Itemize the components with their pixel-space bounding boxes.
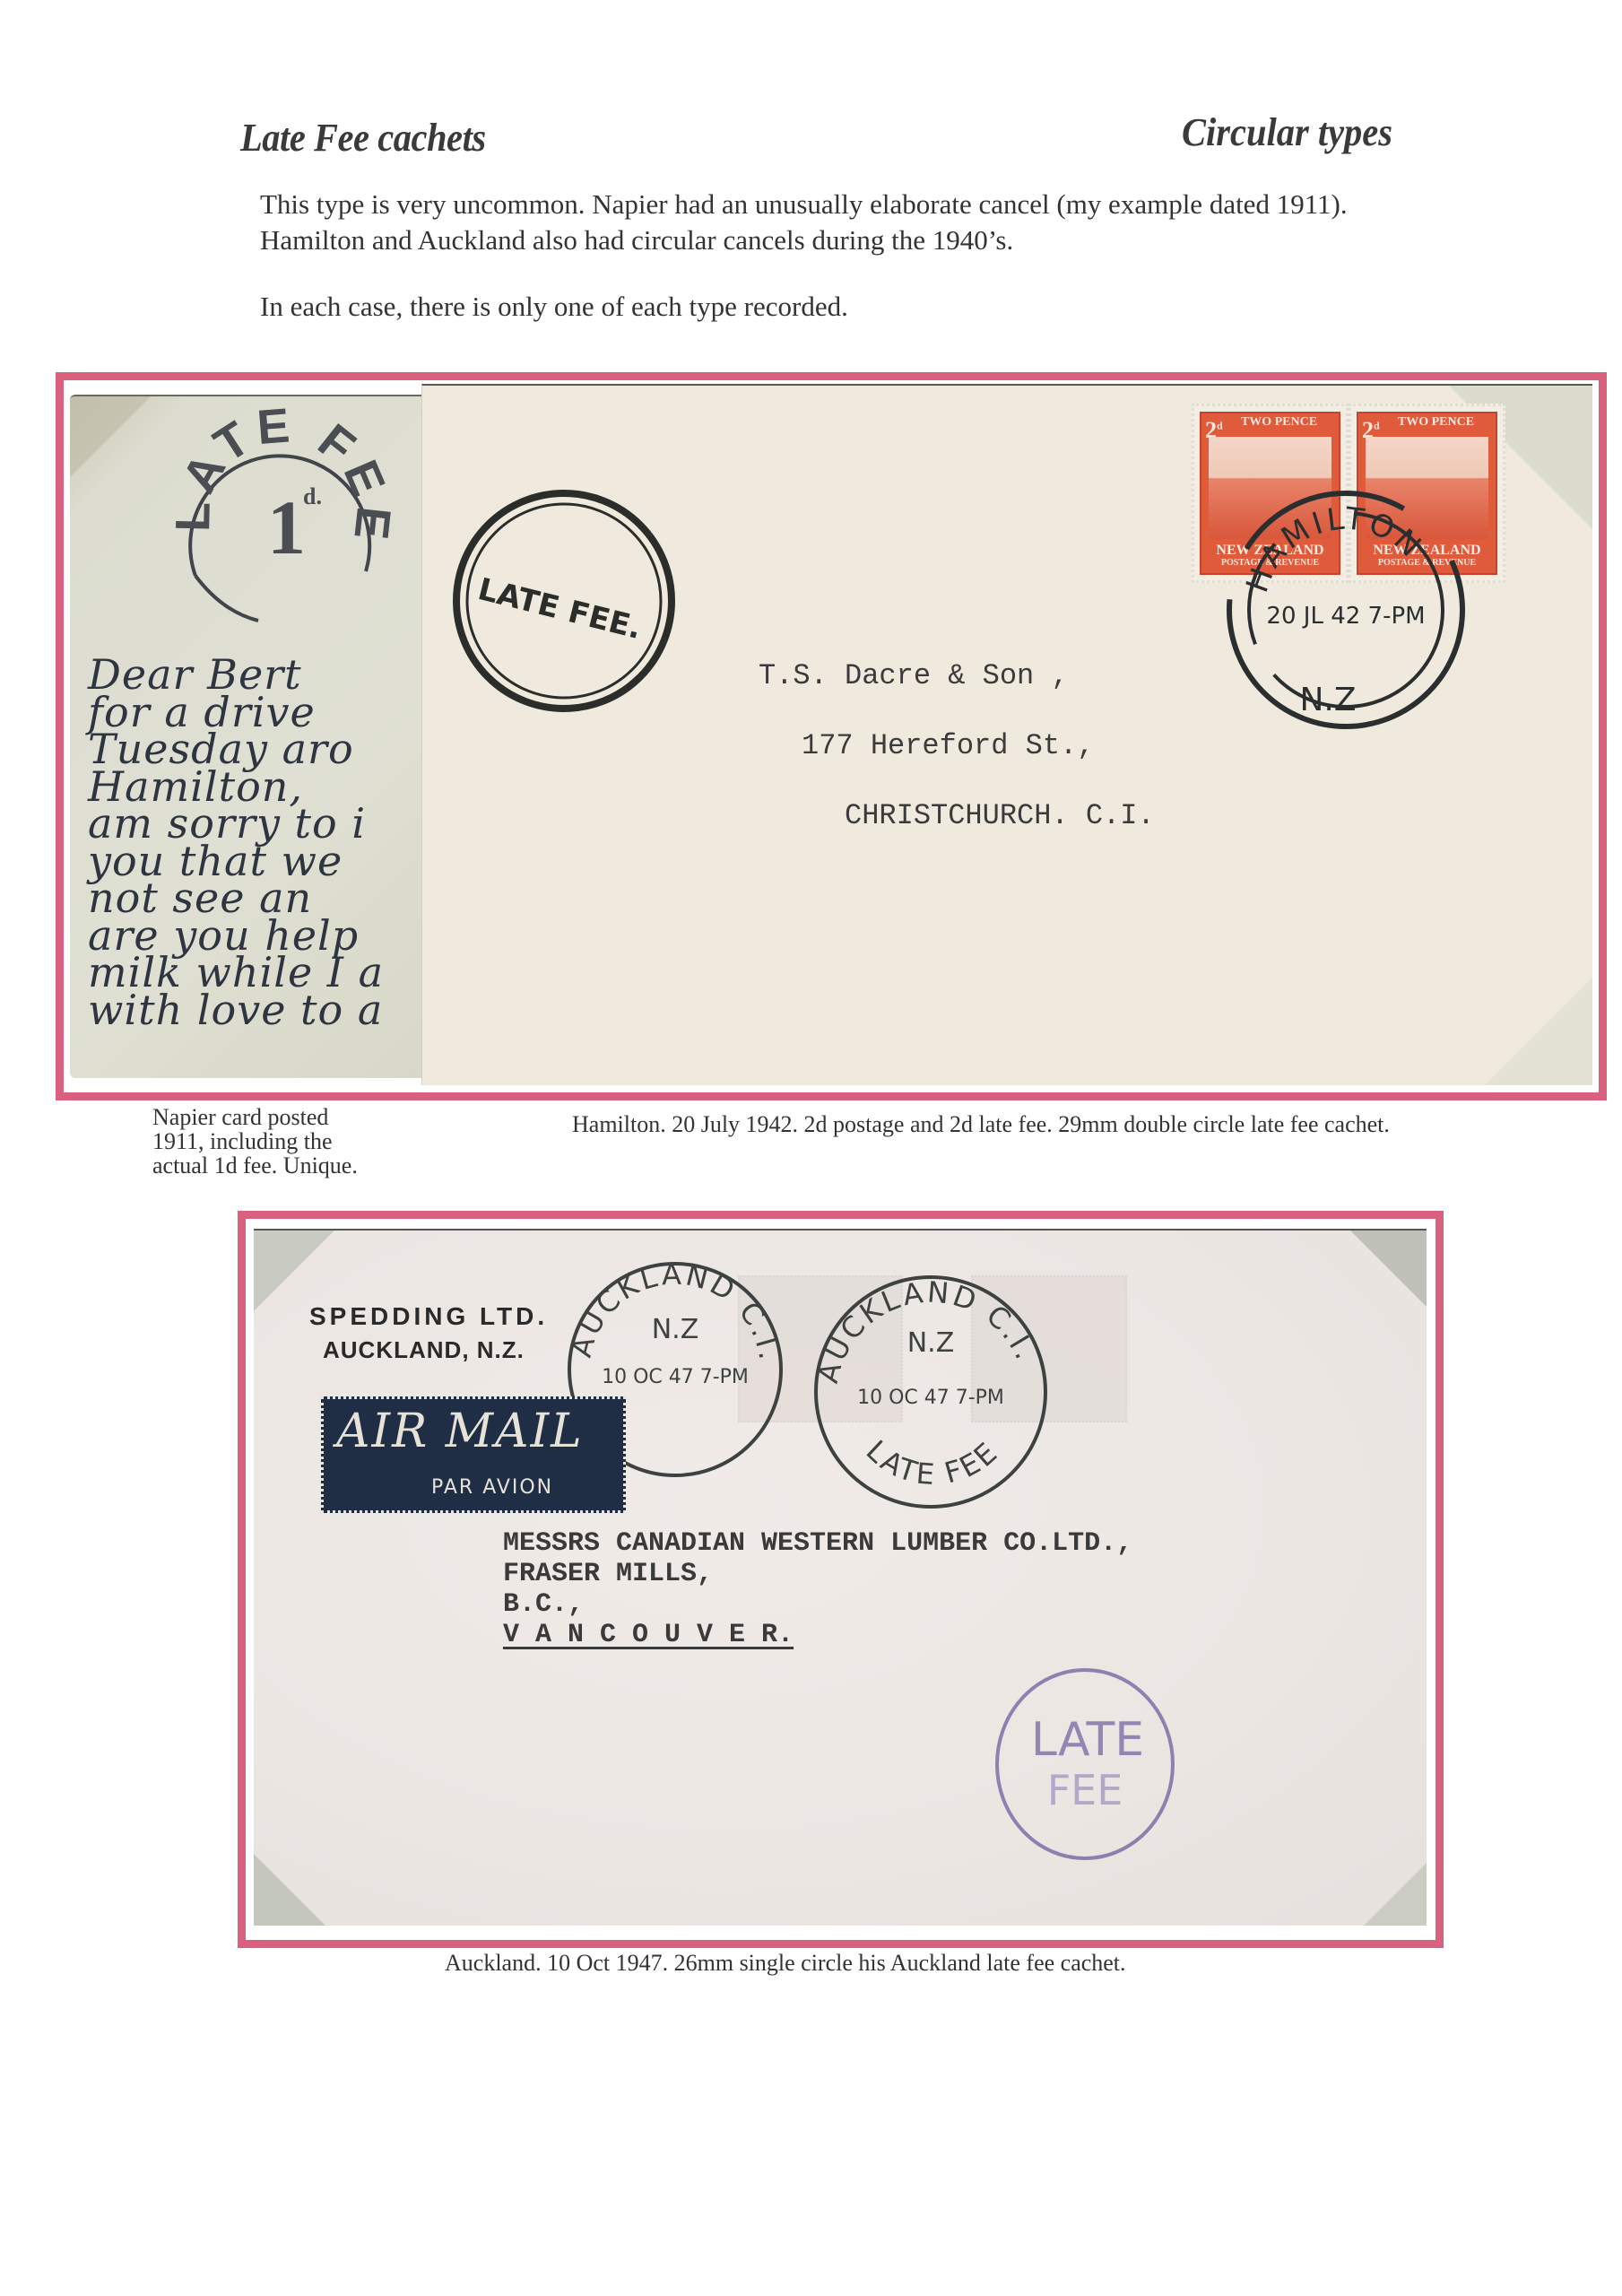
intro-text: This type is very uncommon. Napier had a…: [260, 187, 1453, 355]
section-subtitle: Circular types: [1182, 109, 1392, 155]
address-line: V A N C O U V E R.: [503, 1620, 1132, 1650]
cover-corner-mount: [1485, 978, 1592, 1085]
address-line: MESSRS CANADIAN WESTERN LUMBER CO.LTD.,: [503, 1528, 1132, 1559]
auckland-late-fee-postmark: AUCKLAND C.I. N.Z 10 OC 47 7-PM LATE FEE: [801, 1262, 1061, 1522]
caption-line: 1911, including the: [152, 1129, 421, 1153]
cover-corner-mount: [254, 1854, 325, 1926]
cachet-value: 1: [267, 484, 306, 570]
postmark-country: N.Z: [1299, 682, 1356, 718]
recipient-address: T.S. Dacre & Son , 177 Hereford St., CHR…: [759, 641, 1155, 851]
stamp-denomination: TWO PENCE: [1358, 415, 1496, 430]
page-title: Late Fee cachets: [240, 115, 486, 161]
handstamp-line-2: FEE: [1047, 1766, 1123, 1814]
postmark-middle-text: N.Z: [652, 1314, 699, 1345]
postmark-middle-text: N.Z: [907, 1327, 955, 1359]
cachet-text: LATE FEE.: [474, 571, 645, 647]
address-line: FRASER MILLS,: [503, 1559, 1132, 1589]
sender-name: SPEDDING LTD.: [309, 1302, 548, 1331]
address-line: 177 Hereford St.,: [759, 711, 1155, 781]
intro-paragraph-1: This type is very uncommon. Napier had a…: [260, 187, 1453, 258]
napier-caption: Napier card posted 1911, including the a…: [152, 1105, 421, 1178]
svg-text:HAMILTON: HAMILTON: [1239, 500, 1430, 597]
handstamp-line-1: LATE: [1031, 1713, 1144, 1767]
napier-late-fee-cachet: LATE FEE 1 d.: [160, 405, 429, 639]
postmark-bottom-text: LATE FEE: [860, 1433, 1006, 1492]
stamp-denomination: TWO PENCE: [1201, 415, 1339, 430]
hamilton-cover: LATE FEE. T.S. Dacre & Son , 177 Herefor…: [421, 384, 1592, 1085]
airmail-etiquette: AIR MAIL PAR AVION: [321, 1396, 626, 1513]
hamilton-caption: Hamilton. 20 July 1942. 2d postage and 2…: [572, 1112, 1390, 1136]
postmark-date: 10 OC 47 7-PM: [857, 1387, 1004, 1409]
card-corner-shadow: [70, 396, 151, 477]
napier-postcard: LATE FEE 1 d. Dear Bert for a drive Tues…: [70, 395, 429, 1078]
address-line: T.S. Dacre & Son ,: [759, 641, 1155, 711]
auckland-cover: SPEDDING LTD. AUCKLAND, N.Z. AUCKLAND C.…: [254, 1229, 1427, 1926]
hamilton-postmark: HAMILTON 20 JL 42 7-PM N.Z: [1211, 475, 1480, 744]
airmail-label-text: AIR MAIL: [336, 1405, 584, 1458]
cover-corner-mount: [1364, 1863, 1427, 1926]
postmark-town: HAMILTON: [1239, 500, 1430, 597]
auckland-caption: Auckland. 10 Oct 1947. 26mm single circl…: [445, 1951, 1126, 1975]
handwritten-message: Dear Bert for a drive Tuesday aro Hamilt…: [88, 657, 429, 1029]
par-avion-text: PAR AVION: [431, 1476, 553, 1499]
caption-line: Napier card posted: [152, 1105, 421, 1129]
cover-corner-mount: [1350, 1231, 1427, 1307]
postmark-date: 20 JL 42 7-PM: [1266, 603, 1425, 630]
address-line: B.C.,: [503, 1589, 1132, 1620]
sender-city: AUCKLAND, N.Z.: [323, 1336, 525, 1364]
svg-text:LATE FEE: LATE FEE: [860, 1433, 1006, 1492]
hamilton-late-fee-cachet: LATE FEE.: [447, 484, 681, 717]
postmark-top-text: AUCKLAND C.I.: [564, 1257, 787, 1364]
handwriting-line: with love to a: [88, 992, 429, 1030]
caption-line: actual 1d fee. Unique.: [152, 1153, 421, 1178]
cachet-value-suffix: d.: [303, 483, 322, 509]
intro-paragraph-2: In each case, there is only one of each …: [260, 289, 1453, 325]
cover-corner-mount: [254, 1231, 334, 1311]
violet-late-fee-handstamp: LATE FEE: [982, 1661, 1188, 1867]
address-line: CHRISTCHURCH. C.I.: [759, 781, 1155, 851]
postmark-date: 10 OC 47 7-PM: [602, 1366, 749, 1388]
svg-text:AUCKLAND C.I.: AUCKLAND C.I.: [564, 1257, 787, 1364]
recipient-address: MESSRS CANADIAN WESTERN LUMBER CO.LTD., …: [503, 1528, 1132, 1650]
